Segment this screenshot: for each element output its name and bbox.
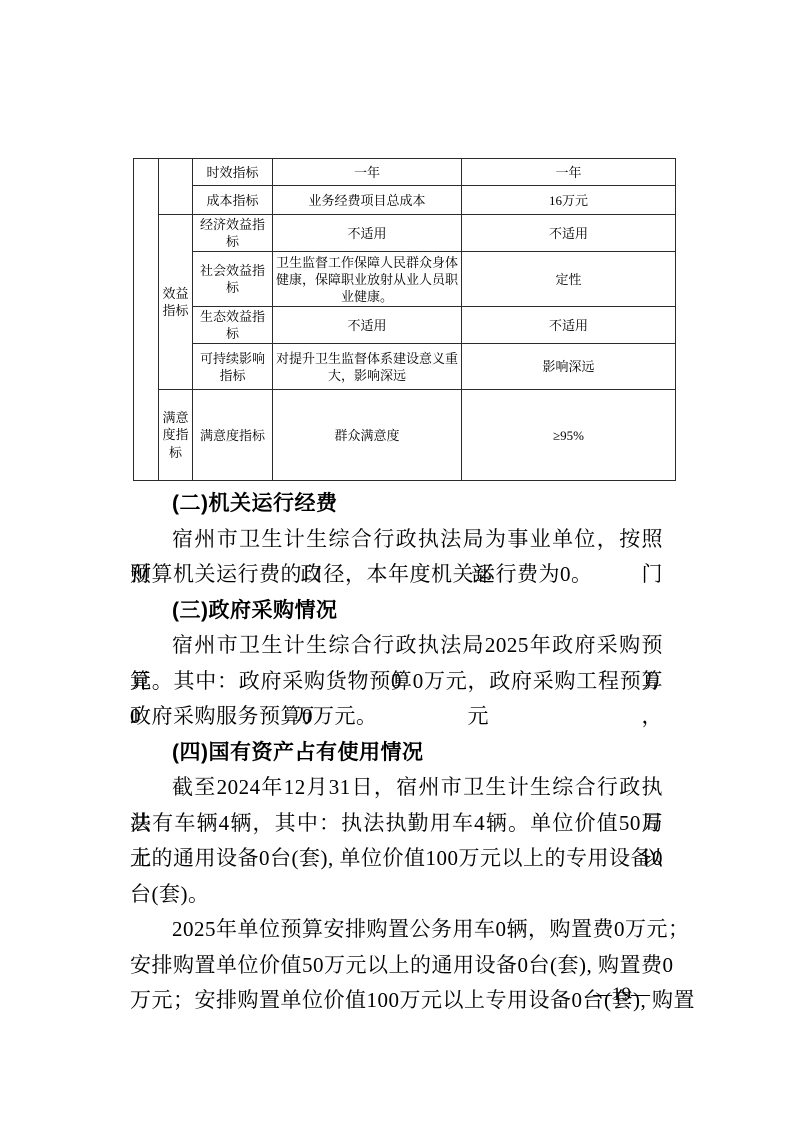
indicator-value-cell: ≥95%	[462, 390, 676, 481]
section-heading-state-assets: (四)国有资产占有使用情况	[130, 735, 663, 771]
body-line: 预算机关运行费的口径，本年度机关运行费为0。	[130, 557, 663, 593]
section-heading-operating-expenses: (二)机关运行经费	[130, 486, 663, 522]
body-line: 共有车辆4辆，其中：执法执勤用车4辆。单位价值50万元以	[130, 806, 663, 842]
group-continuation-cell	[159, 159, 193, 215]
body-line: 上的通用设备0台(套), 单位价值100万元以上的专用设备0	[130, 841, 663, 877]
indicator-desc-cell: 业务经费项目总成本	[273, 186, 462, 215]
indicator-name-cell: 经济效益指标	[193, 215, 273, 252]
body-line: 台(套)。	[130, 877, 663, 913]
indicator-value-cell: 定性	[462, 252, 676, 307]
table-row: 可持续影响指标 对提升卫生监督体系建设意义重大，影响深远 影响深远	[134, 344, 676, 390]
body-line: 元。其中：政府采购货物预算0万元，政府采购工程预算0万元，	[130, 664, 663, 700]
body-line: 2025年单位预算安排购置公务用车0辆，购置费0万元；	[130, 912, 663, 948]
benefit-group-cell: 效益指标	[159, 215, 193, 390]
indicator-value-cell: 不适用	[462, 215, 676, 252]
indicator-name-cell: 成本指标	[193, 186, 273, 215]
indicator-name-cell: 可持续影响指标	[193, 344, 273, 390]
indicator-desc-cell: 不适用	[273, 215, 462, 252]
table-spanner-cell	[134, 159, 159, 481]
table-row: 满意度指标 满意度指标 群众满意度 ≥95%	[134, 390, 676, 481]
indicator-value-cell: 16万元	[462, 186, 676, 215]
table-row: 时效指标 一年 一年	[134, 159, 676, 186]
indicator-value-cell: 不适用	[462, 307, 676, 344]
indicator-value-cell: 影响深远	[462, 344, 676, 390]
indicator-desc-cell: 对提升卫生监督体系建设意义重大，影响深远	[273, 344, 462, 390]
indicator-name-cell: 满意度指标	[193, 390, 273, 481]
indicator-name-cell: 生态效益指标	[193, 307, 273, 344]
indicator-name-cell: 时效指标	[193, 159, 273, 186]
table-row: 生态效益指标 不适用 不适用	[134, 307, 676, 344]
indicator-value-cell: 一年	[462, 159, 676, 186]
indicator-name-cell: 社会效益指标	[193, 252, 273, 307]
table-row: 效益指标 经济效益指标 不适用 不适用	[134, 215, 676, 252]
indicator-desc-cell: 一年	[273, 159, 462, 186]
body-line: 万元；安排购置单位价值100万元以上专用设备0台(套), 购置	[130, 983, 663, 1019]
page-number: —19—	[593, 983, 650, 1007]
performance-indicator-table: 时效指标 一年 一年 成本指标 业务经费项目总成本 16万元 效益指标 经济效益…	[133, 158, 676, 481]
table-row: 成本指标 业务经费项目总成本 16万元	[134, 186, 676, 215]
indicator-desc-cell: 不适用	[273, 307, 462, 344]
indicator-desc-cell: 卫生监督工作保障人民群众身体健康，保障职业放射从业人员职业健康。	[273, 252, 462, 307]
table-row: 社会效益指标 卫生监督工作保障人民群众身体健康，保障职业放射从业人员职业健康。 …	[134, 252, 676, 307]
indicator-desc-cell: 群众满意度	[273, 390, 462, 481]
body-line: 宿州市卫生计生综合行政执法局2025年政府采购预算0万	[130, 628, 663, 664]
satisfaction-group-cell: 满意度指标	[159, 390, 193, 481]
body-text: (二)机关运行经费 宿州市卫生计生综合行政执法局为事业单位，按照财政部门 预算机…	[130, 486, 663, 1019]
body-line: 安排购置单位价值50万元以上的通用设备0台(套), 购置费0	[130, 948, 663, 984]
body-line: 宿州市卫生计生综合行政执法局为事业单位，按照财政部门	[130, 522, 663, 558]
body-line: 截至2024年12月31日，宿州市卫生计生综合行政执法局	[130, 770, 663, 806]
section-heading-government-procurement: (三)政府采购情况	[130, 593, 663, 629]
document-page: 时效指标 一年 一年 成本指标 业务经费项目总成本 16万元 效益指标 经济效益…	[0, 0, 794, 1122]
